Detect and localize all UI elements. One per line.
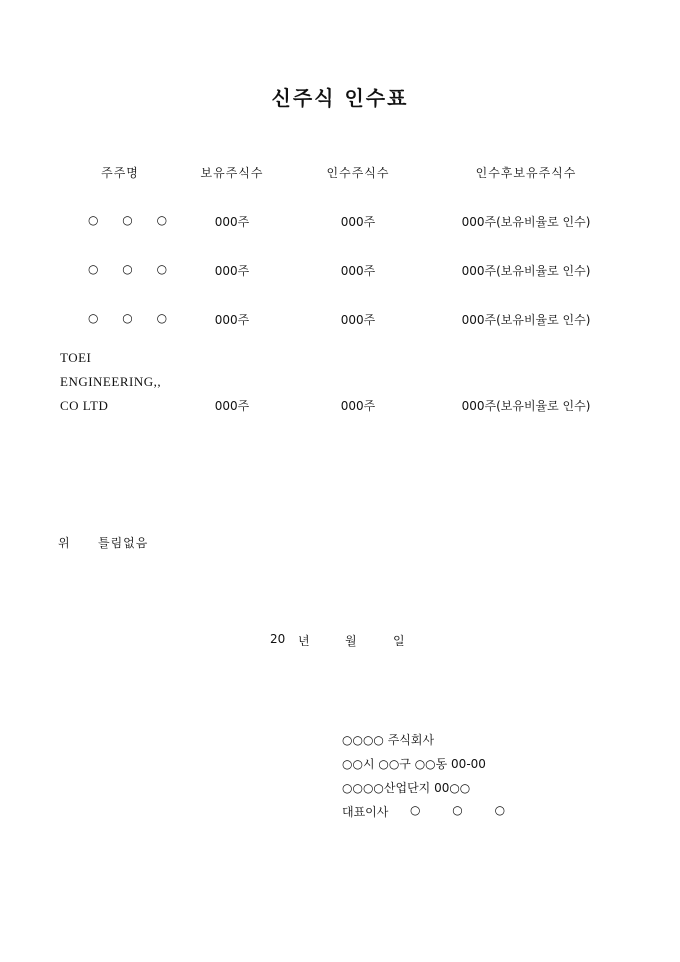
header-subscribed-shares: 인수주식수 bbox=[318, 164, 398, 181]
subscribed-shares: 000주 bbox=[318, 311, 398, 328]
date-year: 20 bbox=[270, 632, 285, 646]
subscribed-shares: 000주 bbox=[318, 262, 398, 279]
date-month-unit: 월 bbox=[345, 632, 357, 649]
held-shares: 000주 bbox=[192, 213, 272, 230]
date-year-unit: 년 bbox=[298, 632, 310, 649]
held-shares: 000주 bbox=[192, 311, 272, 328]
confirm-text: 틀림없음 bbox=[98, 534, 148, 551]
shareholder-name: ○ ○ ○ bbox=[88, 262, 152, 276]
representative-label: 대표이사 bbox=[342, 803, 388, 820]
date-day-unit: 일 bbox=[393, 632, 405, 649]
document-title: 신주식 인수표 bbox=[0, 82, 680, 111]
shareholder-name-line-3: CO LTD bbox=[60, 398, 108, 414]
company-complex: ○○○○산업단지 00○○ bbox=[342, 779, 470, 796]
shareholder-name-line-2: ENGINEERING,, bbox=[60, 374, 161, 390]
held-shares: 000주 bbox=[192, 397, 272, 414]
held-shares: 000주 bbox=[192, 262, 272, 279]
shareholder-name-line-1: TOEI bbox=[60, 350, 91, 366]
after-shares: 000주(보유비율로 인수) bbox=[440, 311, 612, 328]
after-shares: 000주(보유비율로 인수) bbox=[440, 213, 612, 230]
company-address: ○○시 ○○구 ○○동 00-00 bbox=[342, 755, 486, 772]
after-shares: 000주(보유비율로 인수) bbox=[440, 397, 612, 414]
header-held-shares: 보유주식수 bbox=[192, 164, 272, 181]
subscribed-shares: 000주 bbox=[318, 397, 398, 414]
subscribed-shares: 000주 bbox=[318, 213, 398, 230]
shareholder-name: ○ ○ ○ bbox=[88, 311, 152, 325]
shareholder-name: ○ ○ ○ bbox=[88, 213, 152, 227]
after-shares: 000주(보유비율로 인수) bbox=[440, 262, 612, 279]
company-name: ○○○○ 주식회사 bbox=[342, 731, 434, 748]
confirm-prefix: 위 bbox=[58, 534, 70, 551]
header-after-shares: 인수후보유주식수 bbox=[440, 164, 612, 181]
header-shareholder-name: 주주명 bbox=[88, 164, 152, 181]
representative-name: ○ ○ ○ bbox=[410, 803, 519, 817]
